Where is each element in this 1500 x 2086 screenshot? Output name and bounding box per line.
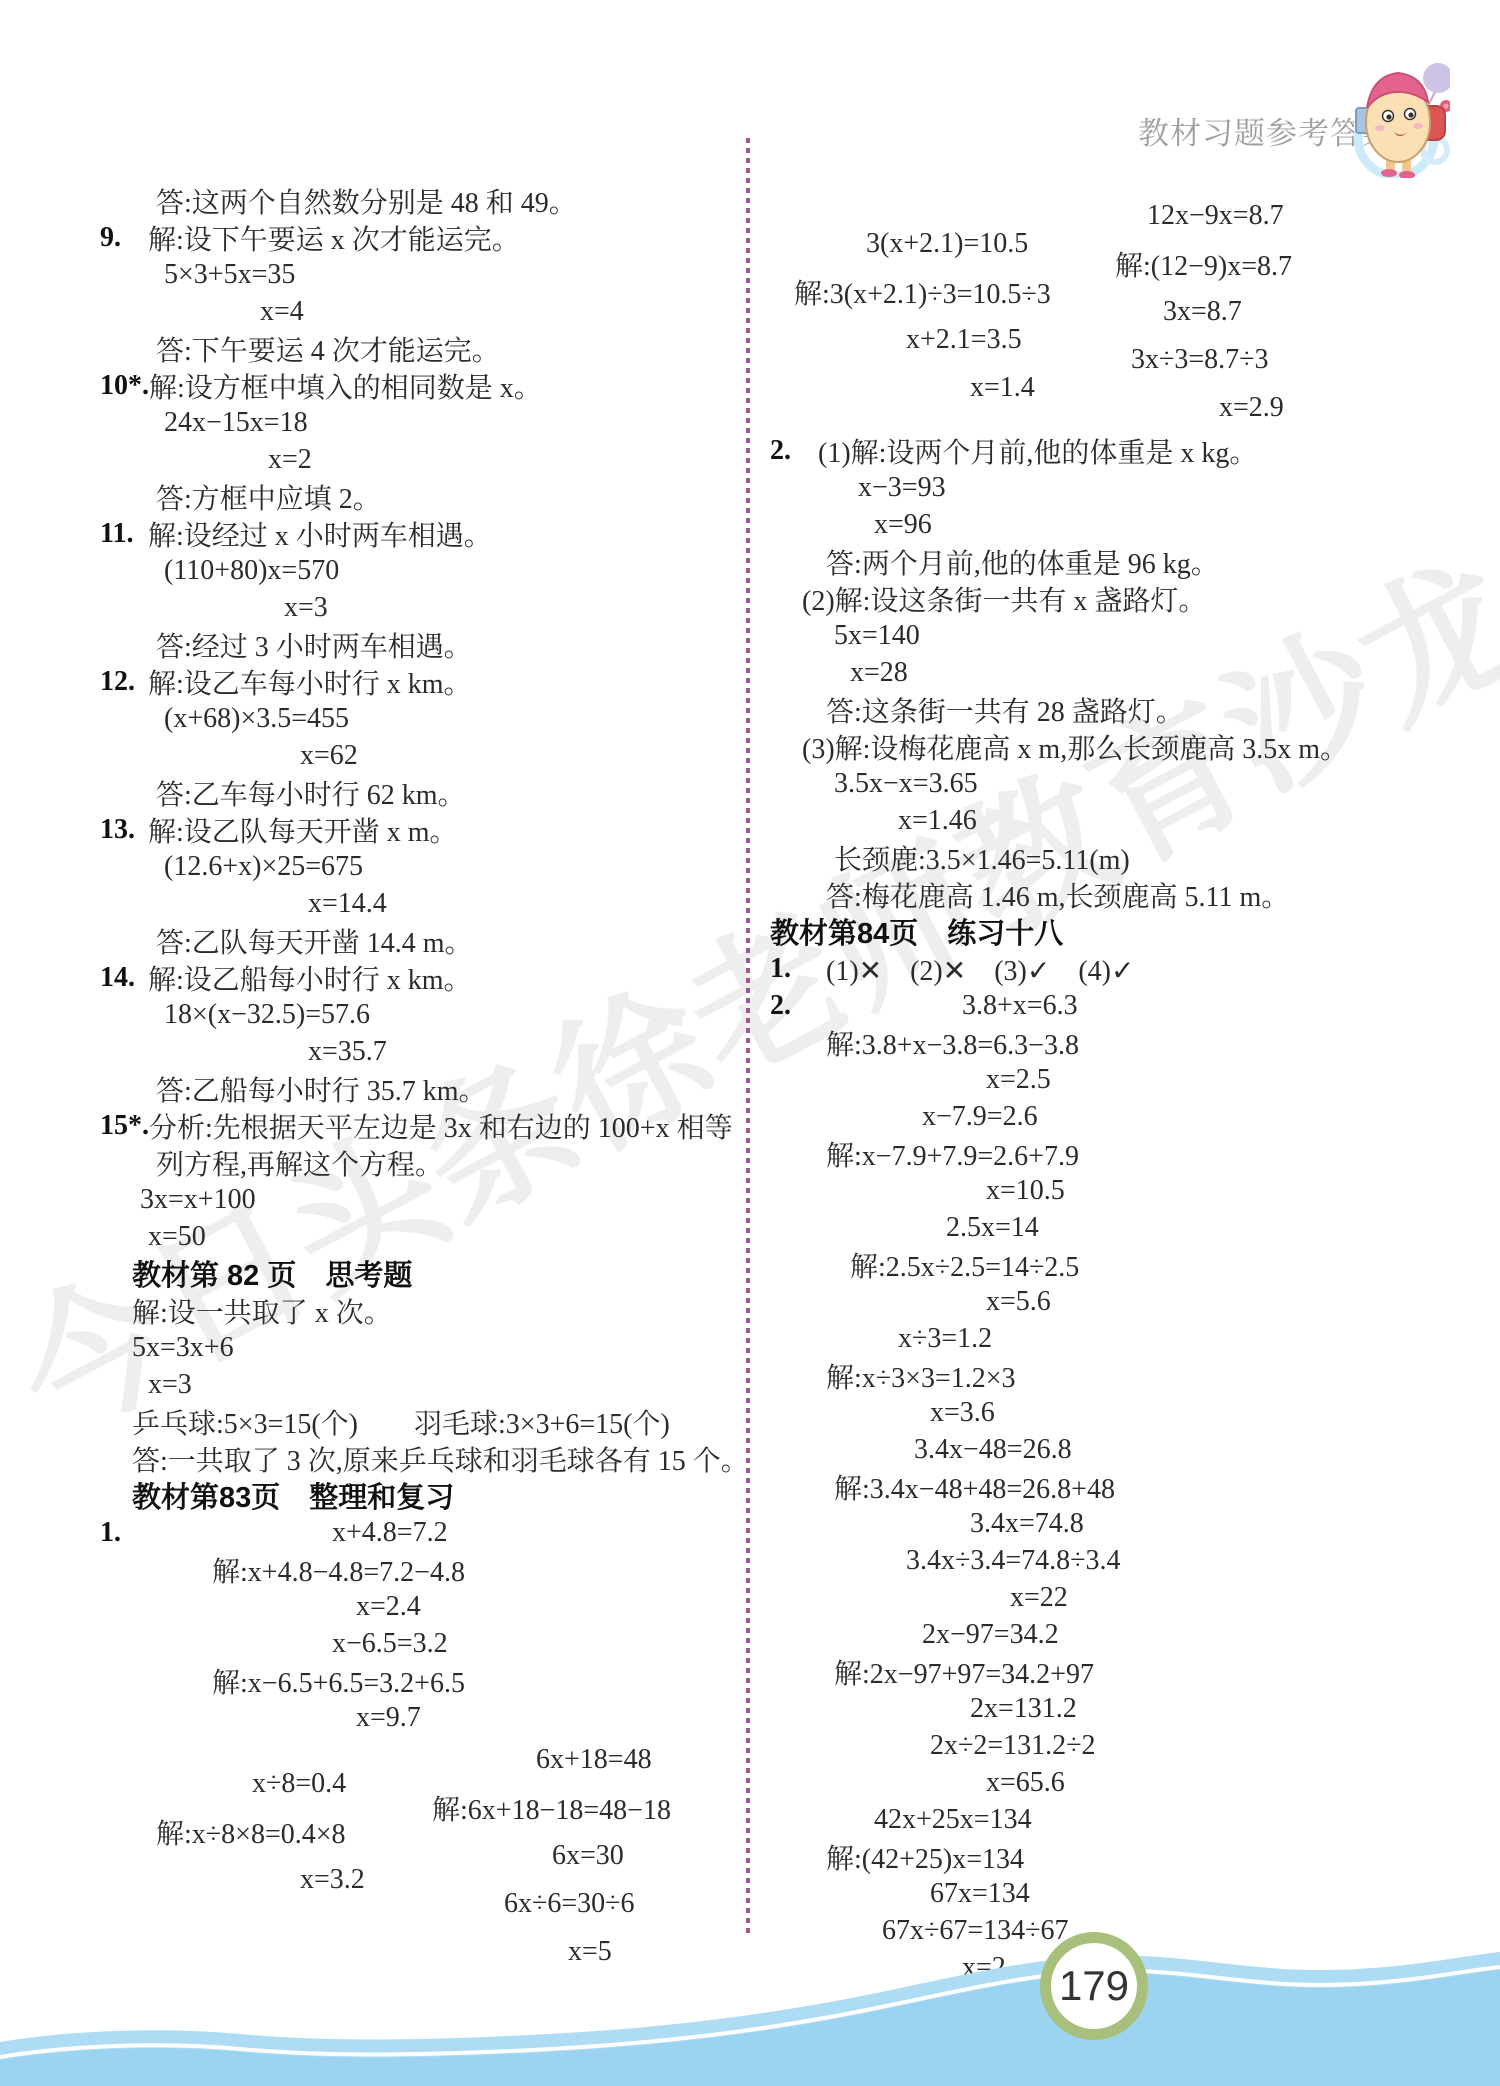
text-line: x=2.4 [100, 1588, 748, 1625]
text-line: 11.解:设经过 x 小时两车相遇。 [100, 515, 748, 552]
text-line: 答:一共取了 3 次,原来乒乓球和羽毛球各有 15 个。 [100, 1440, 748, 1477]
text-line: 5x=140 [770, 617, 1460, 654]
line-text: 3.4x−48=26.8 [914, 1434, 1072, 1466]
text-line: 2.5x=14 [770, 1209, 1460, 1246]
line-text: x=65.6 [986, 1767, 1065, 1799]
line-text: 12x−9x=8.7 [1147, 200, 1284, 232]
text-line: 解:2x−97+97=34.2+97 [770, 1653, 1460, 1690]
text-line: x=2 [100, 441, 748, 478]
text-line: 解:x+4.8−4.8=7.2−4.8 [100, 1551, 748, 1588]
text-line: x=3 [100, 589, 748, 626]
text-line: 解:(42+25)x=134 [770, 1838, 1460, 1875]
line-text: 答:经过 3 小时两车相遇。 [156, 625, 472, 665]
text-line: 10*.解:设方框中填入的相同数是 x。 [100, 367, 748, 404]
item-number: 14. [100, 962, 148, 994]
text-line: 解:3.8+x−3.8=6.3−3.8 [770, 1024, 1460, 1061]
text-line: 解:x−7.9+7.9=2.6+7.9 [770, 1135, 1460, 1172]
line-text: 3x=x+100 [140, 1184, 256, 1216]
text-line: 答:下午要运 4 次才能运完。 [100, 330, 748, 367]
line-text: 解:x−6.5+6.5=3.2+6.5 [212, 1661, 465, 1701]
text-line: x−3=93 [770, 469, 1460, 506]
text-line: 解:设一共取了 x 次。 [100, 1292, 748, 1329]
text-line: x=28 [770, 654, 1460, 691]
text-line: x=1.4 [770, 364, 1115, 412]
item-number: 2. [770, 435, 818, 467]
item-number: 9. [100, 222, 148, 254]
item-number: 1. [100, 1517, 148, 1549]
text-line: x=5.6 [770, 1283, 1460, 1320]
text-line: (3)解:设梅花鹿高 x m,那么长颈鹿高 3.5x m。 [770, 728, 1460, 765]
text-line: x=14.4 [100, 885, 748, 922]
text-line: 长颈鹿:3.5×1.46=5.11(m) [770, 839, 1460, 876]
line-text: 答:两个月前,他的体重是 96 kg。 [826, 542, 1219, 582]
text-line: x=62 [100, 737, 748, 774]
text-line: 3.5x−x=3.65 [770, 765, 1460, 802]
line-text: x=22 [1010, 1582, 1068, 1614]
line-text: x=28 [850, 657, 908, 689]
text-line: 12x−9x=8.7 [1115, 192, 1460, 240]
line-text: x−3=93 [858, 472, 946, 504]
line-text: 2x=131.2 [970, 1693, 1077, 1725]
line-text: x−6.5=3.2 [332, 1628, 448, 1660]
line-text: 解:x÷3×3=1.2×3 [826, 1356, 1016, 1396]
line-text: 乒乓球:5×3=15(个) 羽毛球:3×3+6=15(个) [132, 1402, 670, 1442]
text-line: x=2.9 [1115, 384, 1460, 432]
line-text: x=2.4 [356, 1591, 421, 1623]
line-text: 解:2.5x÷2.5=14÷2.5 [850, 1245, 1079, 1285]
text-line: 12.解:设乙车每小时行 x km。 [100, 663, 748, 700]
line-text: x=50 [148, 1221, 206, 1253]
text-line: x=65.6 [770, 1764, 1460, 1801]
text-line: x=2.5 [770, 1061, 1460, 1098]
text-line: 9.解:设下午要运 x 次才能运完。 [100, 219, 748, 256]
line-text: 答:乙车每小时行 62 km。 [156, 773, 466, 813]
text-line: x=50 [100, 1218, 748, 1255]
text-line: 5x=3x+6 [100, 1329, 748, 1366]
line-text: 分析:先根据天平左边是 3x 和右边的 100+x 相等 [149, 1106, 733, 1146]
line-text: x+4.8=7.2 [332, 1517, 448, 1549]
text-line: 3.4x−48=26.8 [770, 1431, 1460, 1468]
line-text: x=3 [148, 1369, 192, 1401]
text-line: x=1.46 [770, 802, 1460, 839]
text-line: 乒乓球:5×3=15(个) 羽毛球:3×3+6=15(个) [100, 1403, 748, 1440]
line-text: x=96 [874, 509, 932, 541]
line-text: 列方程,再解这个方程。 [156, 1143, 443, 1183]
line-text: x=62 [300, 740, 358, 772]
text-line: 24x−15x=18 [100, 404, 748, 441]
text-line: (12.6+x)×25=675 [100, 848, 748, 885]
text-line: 答:这两个自然数分别是 48 和 49。 [100, 182, 748, 219]
line-text: (3)解:设梅花鹿高 x m,那么长颈鹿高 3.5x m。 [802, 727, 1348, 767]
line-text: 解:x+4.8−4.8=7.2−4.8 [212, 1550, 465, 1590]
text-line: 答:两个月前,他的体重是 96 kg。 [770, 543, 1460, 580]
text-line: 解:2.5x÷2.5=14÷2.5 [770, 1246, 1460, 1283]
text-line: 2.(1)解:设两个月前,他的体重是 x kg。 [770, 432, 1460, 469]
subcolumn-right: 12x−9x=8.7解:(12−9)x=8.73x=8.73x÷3=8.7÷3x… [1115, 192, 1460, 432]
right-column: 3(x+2.1)=10.5解:3(x+2.1)÷3=10.5÷3x+2.1=3.… [770, 192, 1460, 1986]
text-line: 6x=30 [424, 1832, 748, 1880]
line-text: 解:设乙队每天开凿 x m。 [148, 810, 458, 850]
line-text: 答:方框中应填 2。 [156, 477, 381, 517]
subcolumn-left: 3(x+2.1)=10.5解:3(x+2.1)÷3=10.5÷3x+2.1=3.… [770, 220, 1115, 412]
text-line: x=4 [100, 293, 748, 330]
line-text: 3(x+2.1)=10.5 [866, 228, 1028, 260]
text-line: 解:3(x+2.1)÷3=10.5÷3 [770, 268, 1115, 316]
answer-key-page: 今日头条徐老师教育沙龙 教材习题参考答案 答:这两个 [0, 0, 1500, 2086]
text-line: 答:经过 3 小时两车相遇。 [100, 626, 748, 663]
text-line: 3x=8.7 [1115, 288, 1460, 336]
line-text: x=35.7 [308, 1036, 387, 1068]
text-line: 答:乙队每天开凿 14.4 m。 [100, 922, 748, 959]
heading-text: 教材第83页 整理和复习 [132, 1475, 454, 1516]
line-text: 解:设下午要运 x 次才能运完。 [148, 218, 520, 258]
text-line: 2.3.8+x=6.3 [770, 987, 1460, 1024]
text-line: x÷8=0.4 [100, 1760, 424, 1808]
left-column: 答:这两个自然数分别是 48 和 49。9.解:设下午要运 x 次才能运完。5×… [100, 182, 748, 1976]
line-text: (1)✕ (2)✕ (3)✓ (4)✓ [826, 949, 1134, 989]
line-text: 长颈鹿:3.5×1.46=5.11(m) [834, 838, 1130, 878]
text-line: 1.(1)✕ (2)✕ (3)✓ (4)✓ [770, 950, 1460, 987]
text-line: 3x=x+100 [100, 1181, 748, 1218]
text-line: 3(x+2.1)=10.5 [770, 220, 1115, 268]
line-text: 3.4x=74.8 [970, 1508, 1084, 1540]
text-line: 13.解:设乙队每天开凿 x m。 [100, 811, 748, 848]
text-line: 3.4x÷3.4=74.8÷3.4 [770, 1542, 1460, 1579]
line-text: 解:设经过 x 小时两车相遇。 [148, 514, 492, 554]
text-line: x=3.2 [100, 1856, 424, 1904]
line-text: x=14.4 [308, 888, 387, 920]
two-subcolumn-block: 3(x+2.1)=10.5解:3(x+2.1)÷3=10.5÷3x+2.1=3.… [770, 192, 1460, 432]
line-text: 3x÷3=8.7÷3 [1131, 344, 1269, 376]
line-text: 18×(x−32.5)=57.6 [164, 999, 370, 1031]
section-heading: 教材第83页 整理和复习 [100, 1477, 748, 1514]
text-line: x=9.7 [100, 1699, 748, 1736]
line-text: 答:乙船每小时行 35.7 km。 [156, 1069, 487, 1109]
line-text: 解:设一共取了 x 次。 [132, 1291, 392, 1331]
line-text: (110+80)x=570 [164, 555, 339, 587]
line-text: x−7.9=2.6 [922, 1101, 1038, 1133]
footer-wave-decoration [0, 1926, 1500, 2086]
text-line: x−6.5=3.2 [100, 1625, 748, 1662]
line-text: 解:(42+25)x=134 [826, 1837, 1024, 1877]
text-line: 解:3.4x−48+48=26.8+48 [770, 1468, 1460, 1505]
text-line: 42x+25x=134 [770, 1801, 1460, 1838]
line-text: 6x=30 [552, 1840, 624, 1872]
text-line: x−7.9=2.6 [770, 1098, 1460, 1135]
text-line: x=35.7 [100, 1033, 748, 1070]
text-line: 2x=131.2 [770, 1690, 1460, 1727]
line-text: x+2.1=3.5 [906, 324, 1022, 356]
text-line: 3x÷3=8.7÷3 [1115, 336, 1460, 384]
line-text: 6x+18=48 [536, 1744, 652, 1776]
line-text: x=1.46 [898, 805, 977, 837]
item-number: 12. [100, 666, 148, 698]
text-line: 6x÷6=30÷6 [424, 1880, 748, 1928]
text-line: 1.x+4.8=7.2 [100, 1514, 748, 1551]
line-text: 答:这条街一共有 28 盏路灯。 [826, 690, 1184, 730]
line-text: 2x÷2=131.2÷2 [930, 1730, 1096, 1762]
text-line: 列方程,再解这个方程。 [100, 1144, 748, 1181]
item-number: 11. [100, 518, 148, 550]
text-line: (x+68)×3.5=455 [100, 700, 748, 737]
line-text: 答:乙队每天开凿 14.4 m。 [156, 921, 473, 961]
line-text: 解:设方框中填入的相同数是 x。 [149, 366, 542, 406]
text-line: 6x+18=48 [424, 1736, 748, 1784]
text-line: x=10.5 [770, 1172, 1460, 1209]
line-text: x=3.6 [930, 1397, 995, 1429]
item-number: 15*. [100, 1110, 149, 1142]
line-text: 解:2x−97+97=34.2+97 [834, 1652, 1094, 1692]
text-line: 解:x÷8×8=0.4×8 [100, 1808, 424, 1856]
text-line: 解:(12−9)x=8.7 [1115, 240, 1460, 288]
text-line: (2)解:设这条街一共有 x 盏路灯。 [770, 580, 1460, 617]
line-text: x=2.5 [986, 1064, 1051, 1096]
line-text: 解:设乙车每小时行 x km。 [148, 662, 472, 702]
text-line: (110+80)x=570 [100, 552, 748, 589]
line-text: 解:3.4x−48+48=26.8+48 [834, 1467, 1115, 1507]
line-text: 解:3(x+2.1)÷3=10.5÷3 [794, 272, 1051, 312]
text-line: 3.4x=74.8 [770, 1505, 1460, 1542]
text-line: 14.解:设乙船每小时行 x km。 [100, 959, 748, 996]
text-line: 答:梅花鹿高 1.46 m,长颈鹿高 5.11 m。 [770, 876, 1460, 913]
line-text: x=2.9 [1219, 392, 1284, 424]
line-text: 答:一共取了 3 次,原来乒乓球和羽毛球各有 15 个。 [132, 1439, 749, 1479]
line-text: x=5.6 [986, 1286, 1051, 1318]
line-text: x÷3=1.2 [898, 1323, 992, 1355]
line-text: x÷8=0.4 [252, 1768, 346, 1800]
line-text: 5x=3x+6 [132, 1332, 234, 1364]
text-line: x÷3=1.2 [770, 1320, 1460, 1357]
text-line: x=3 [100, 1366, 748, 1403]
line-text: 2x−97=34.2 [922, 1619, 1059, 1651]
text-line: 18×(x−32.5)=57.6 [100, 996, 748, 1033]
line-text: (x+68)×3.5=455 [164, 703, 349, 735]
text-line: 解:6x+18−18=48−18 [424, 1784, 748, 1832]
text-line: 答:方框中应填 2。 [100, 478, 748, 515]
line-text: 答:梅花鹿高 1.46 m,长颈鹿高 5.11 m。 [826, 875, 1289, 915]
line-text: (12.6+x)×25=675 [164, 851, 363, 883]
text-line: x+2.1=3.5 [770, 316, 1115, 364]
line-text: 6x÷6=30÷6 [504, 1888, 635, 1920]
line-text: x=3 [284, 592, 328, 624]
item-number: 1. [770, 953, 818, 985]
page-number-badge: 179 [1040, 1932, 1148, 2040]
subcolumn-left: x÷8=0.4解:x÷8×8=0.4×8x=3.2 [100, 1760, 424, 1904]
text-line: 67x=134 [770, 1875, 1460, 1912]
heading-text: 教材第84页 练习十八 [770, 911, 1063, 952]
text-line: 解:x−6.5+6.5=3.2+6.5 [100, 1662, 748, 1699]
text-line: x=3.6 [770, 1394, 1460, 1431]
line-text: 3.8+x=6.3 [962, 990, 1078, 1022]
line-text: 24x−15x=18 [164, 407, 308, 439]
schoolkid-mascot-icon [1338, 46, 1450, 183]
line-text: 解:3.8+x−3.8=6.3−3.8 [826, 1023, 1079, 1063]
text-line: 答:乙车每小时行 62 km。 [100, 774, 748, 811]
text-line: 答:这条街一共有 28 盏路灯。 [770, 691, 1460, 728]
line-text: x=1.4 [970, 372, 1035, 404]
line-text: x=3.2 [300, 1864, 365, 1896]
line-text: 5×3+5x=35 [164, 259, 295, 291]
line-text: 解:设乙船每小时行 x km。 [148, 958, 472, 998]
line-text: (1)解:设两个月前,他的体重是 x kg。 [818, 431, 1257, 471]
line-text: 答:这两个自然数分别是 48 和 49。 [156, 181, 577, 221]
text-line: 答:乙船每小时行 35.7 km。 [100, 1070, 748, 1107]
line-text: 解:6x+18−18=48−18 [432, 1788, 671, 1828]
line-text: 2.5x=14 [946, 1212, 1039, 1244]
line-text: 3.5x−x=3.65 [834, 768, 978, 800]
text-line: x=22 [770, 1579, 1460, 1616]
line-text: 解:x÷8×8=0.4×8 [156, 1812, 346, 1852]
line-text: x=4 [260, 296, 304, 328]
text-line: 2x÷2=131.2÷2 [770, 1727, 1460, 1764]
text-line: 5×3+5x=35 [100, 256, 748, 293]
line-text: 解:x−7.9+7.9=2.6+7.9 [826, 1134, 1079, 1174]
item-number: 2. [770, 990, 818, 1022]
line-text: 5x=140 [834, 620, 920, 652]
line-text: x=9.7 [356, 1702, 421, 1734]
line-text: 解:(12−9)x=8.7 [1115, 244, 1292, 284]
item-number: 13. [100, 814, 148, 846]
heading-text: 教材第 82 页 思考题 [132, 1253, 412, 1294]
line-text: x=2 [268, 444, 312, 476]
item-number: 10*. [100, 370, 149, 402]
text-line: 解:x÷3×3=1.2×3 [770, 1357, 1460, 1394]
line-text: 3x=8.7 [1163, 296, 1242, 328]
text-line: x=96 [770, 506, 1460, 543]
section-heading: 教材第 82 页 思考题 [100, 1255, 748, 1292]
line-text: x=10.5 [986, 1175, 1065, 1207]
line-text: (2)解:设这条街一共有 x 盏路灯。 [802, 579, 1206, 619]
line-text: 3.4x÷3.4=74.8÷3.4 [906, 1545, 1121, 1577]
text-line: 2x−97=34.2 [770, 1616, 1460, 1653]
line-text: 67x=134 [930, 1878, 1030, 1910]
text-line: 15*.分析:先根据天平左边是 3x 和右边的 100+x 相等 [100, 1107, 748, 1144]
section-heading: 教材第84页 练习十八 [770, 913, 1460, 950]
line-text: 42x+25x=134 [874, 1804, 1032, 1836]
line-text: 答:下午要运 4 次才能运完。 [156, 329, 500, 369]
